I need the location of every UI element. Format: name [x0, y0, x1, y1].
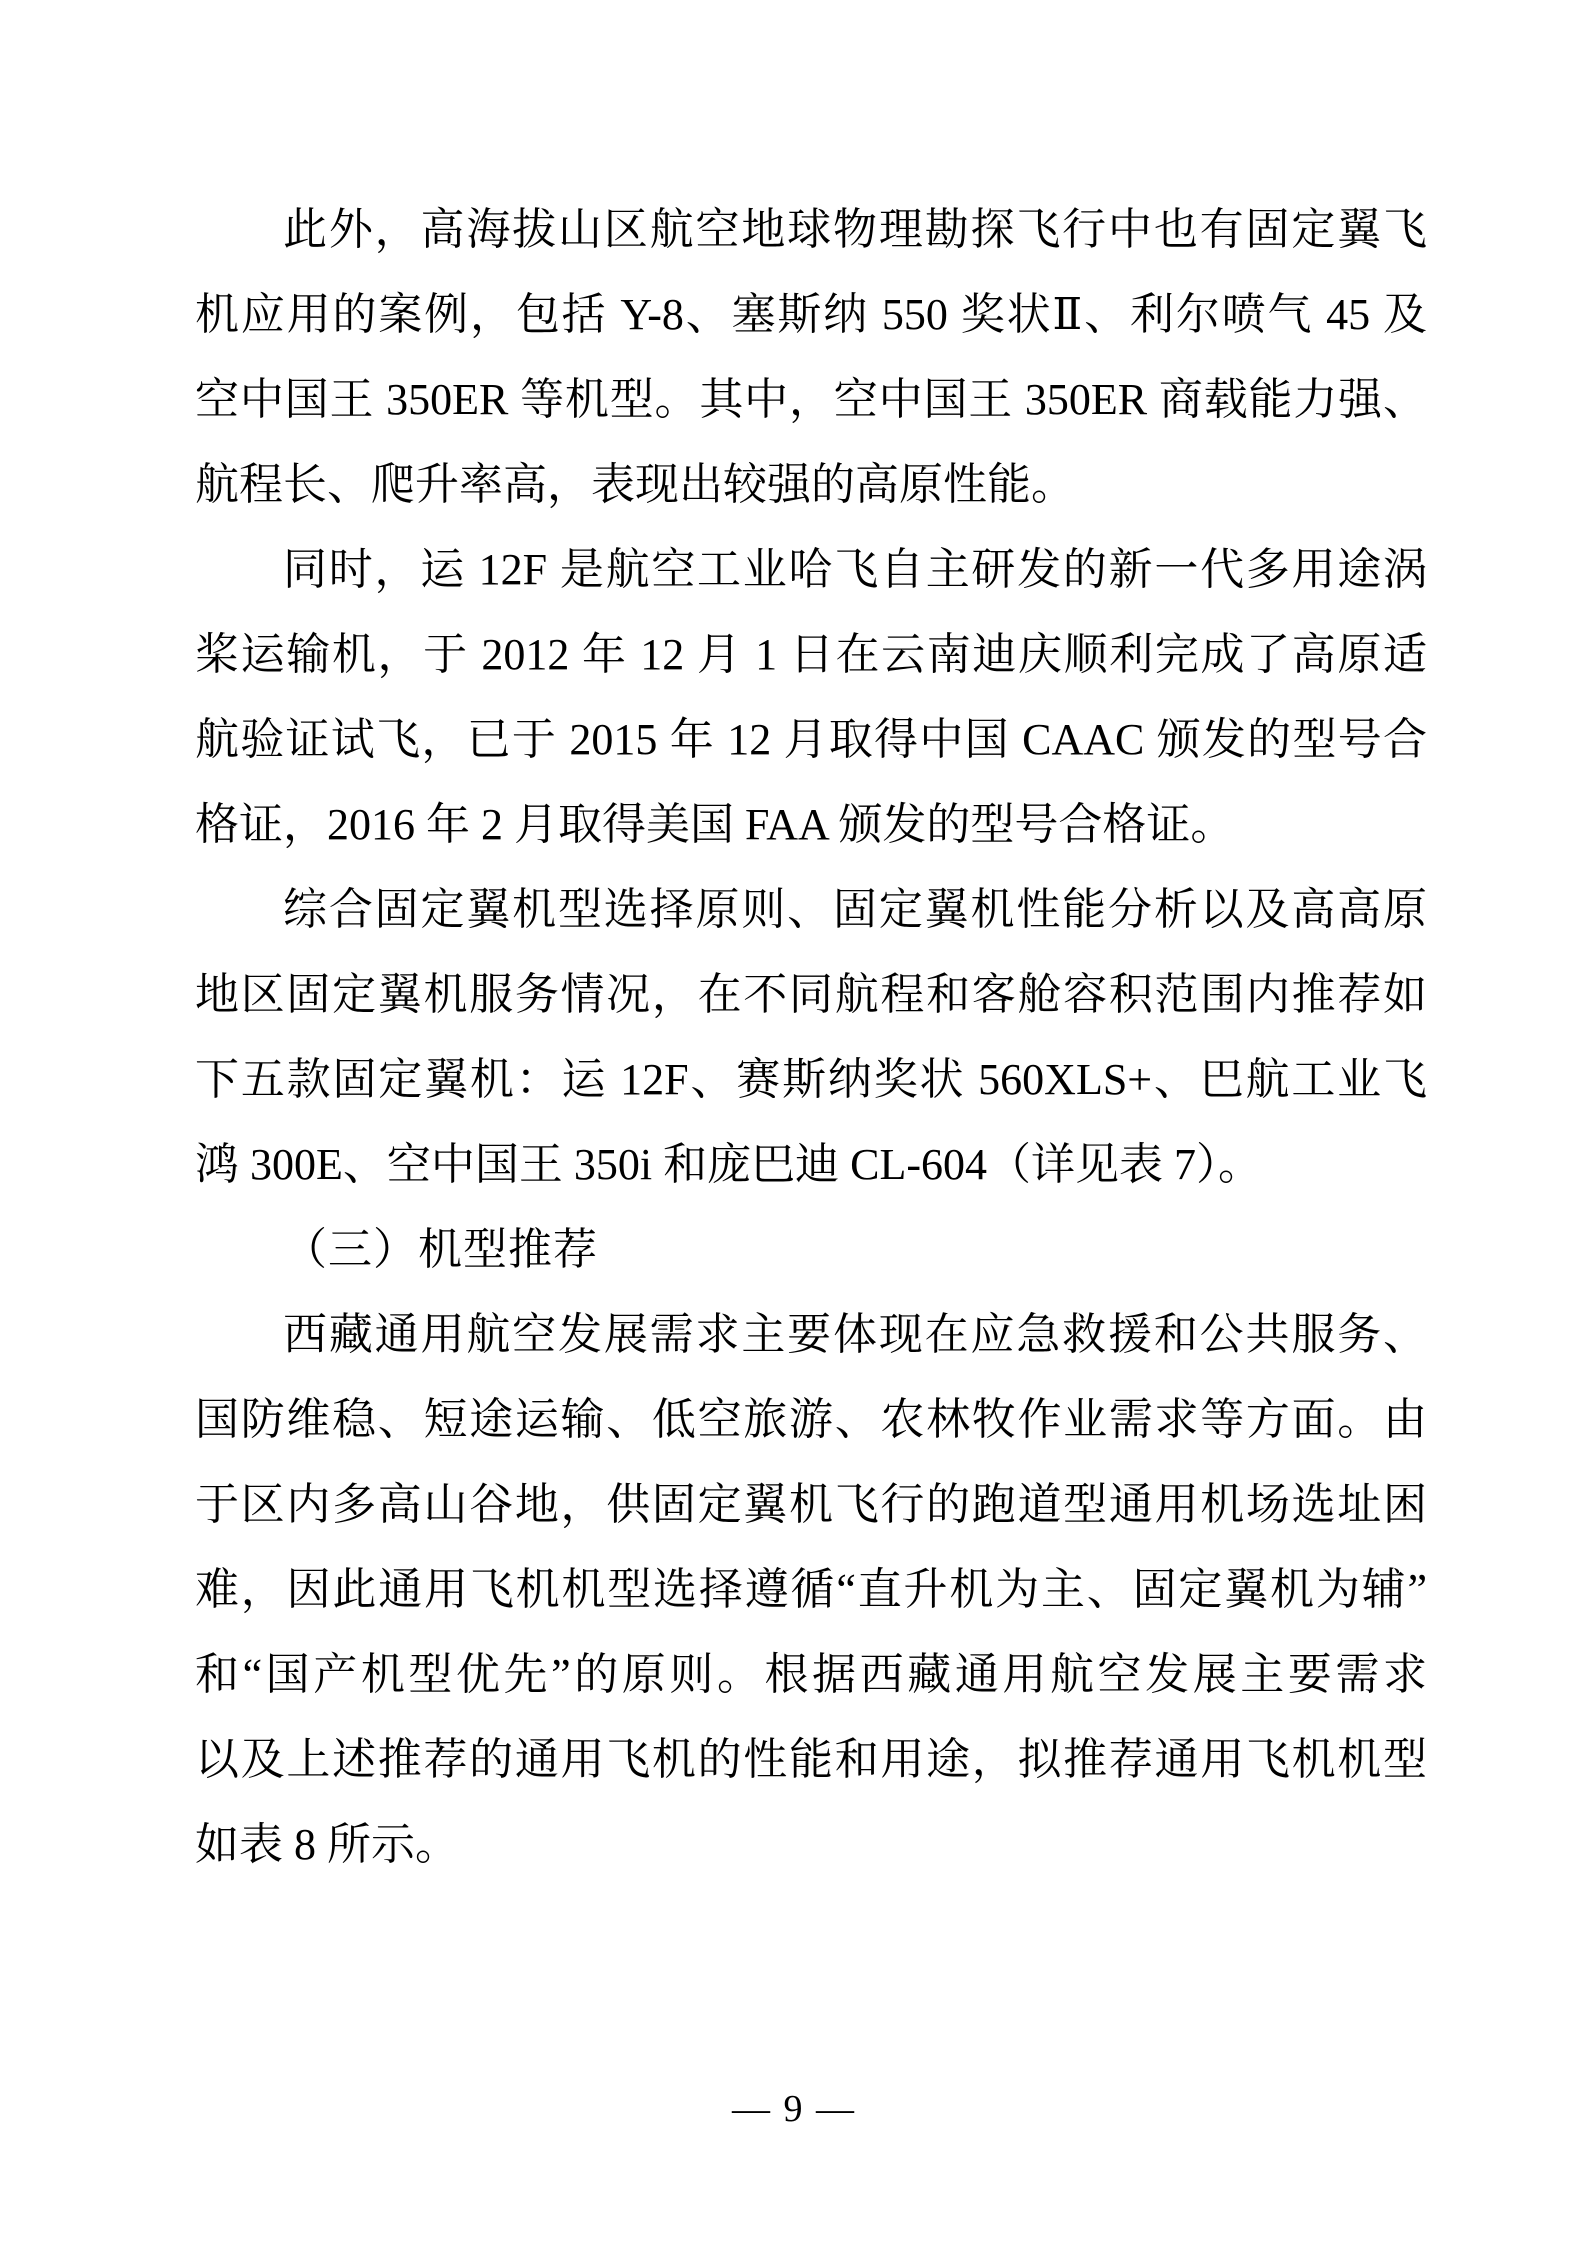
document-body: 此外，高海拔山区航空地球物理勘探飞行中也有固定翼飞 机应用的案例，包括 Y-8、…: [195, 187, 1427, 1887]
para-4-line-2: 国防维稳、短途运输、低空旅游、农林牧作业需求等方面。由: [195, 1377, 1427, 1462]
para-2-line-3: 航验证试飞，已于 2015 年 12 月取得中国 CAAC 颁发的型号合: [195, 697, 1427, 782]
para-3-line-1: 综合固定翼机型选择原则、固定翼机性能分析以及高高原: [195, 867, 1427, 952]
para-1-line-2: 机应用的案例，包括 Y-8、塞斯纳 550 奖状Ⅱ、利尔喷气 45 及: [195, 272, 1427, 357]
para-1-line-3: 空中国王 350ER 等机型。其中，空中国王 350ER 商载能力强、: [195, 357, 1427, 442]
para-4-line-5: 和“国产机型优先”的原则。根据西藏通用航空发展主要需求: [195, 1632, 1427, 1717]
para-3-line-2: 地区固定翼机服务情况，在不同航程和客舱容积范围内推荐如: [195, 952, 1427, 1037]
para-2-line-1: 同时，运 12F 是航空工业哈飞自主研发的新一代多用途涡: [195, 527, 1427, 612]
section-heading: （三）机型推荐: [195, 1207, 1427, 1292]
para-4-line-4: 难，因此通用飞机机型选择遵循“直升机为主、固定翼机为辅”: [195, 1547, 1427, 1632]
para-2-line-2: 桨运输机，于 2012 年 12 月 1 日在云南迪庆顺利完成了高原适: [195, 612, 1427, 697]
page-number: — 9 —: [0, 2087, 1588, 2131]
para-4-line-6: 以及上述推荐的通用飞机的性能和用途，拟推荐通用飞机机型: [195, 1717, 1427, 1802]
para-1-line-1: 此外，高海拔山区航空地球物理勘探飞行中也有固定翼飞: [195, 187, 1427, 272]
para-3-line-3: 下五款固定翼机：运 12F、赛斯纳奖状 560XLS+、巴航工业飞: [195, 1037, 1427, 1122]
para-4-line-1: 西藏通用航空发展需求主要体现在应急救援和公共服务、: [195, 1292, 1427, 1377]
para-2-line-4: 格证，2016 年 2 月取得美国 FAA 颁发的型号合格证。: [195, 782, 1427, 867]
para-4-line-7: 如表 8 所示。: [195, 1802, 1427, 1887]
document-page: 此外，高海拔山区航空地球物理勘探飞行中也有固定翼飞 机应用的案例，包括 Y-8、…: [0, 0, 1588, 2245]
para-3-line-4: 鸿 300E、空中国王 350i 和庞巴迪 CL-604（详见表 7）。: [195, 1122, 1427, 1207]
para-1-line-4: 航程长、爬升率高，表现出较强的高原性能。: [195, 442, 1427, 527]
para-4-line-3: 于区内多高山谷地，供固定翼机飞行的跑道型通用机场选址困: [195, 1462, 1427, 1547]
